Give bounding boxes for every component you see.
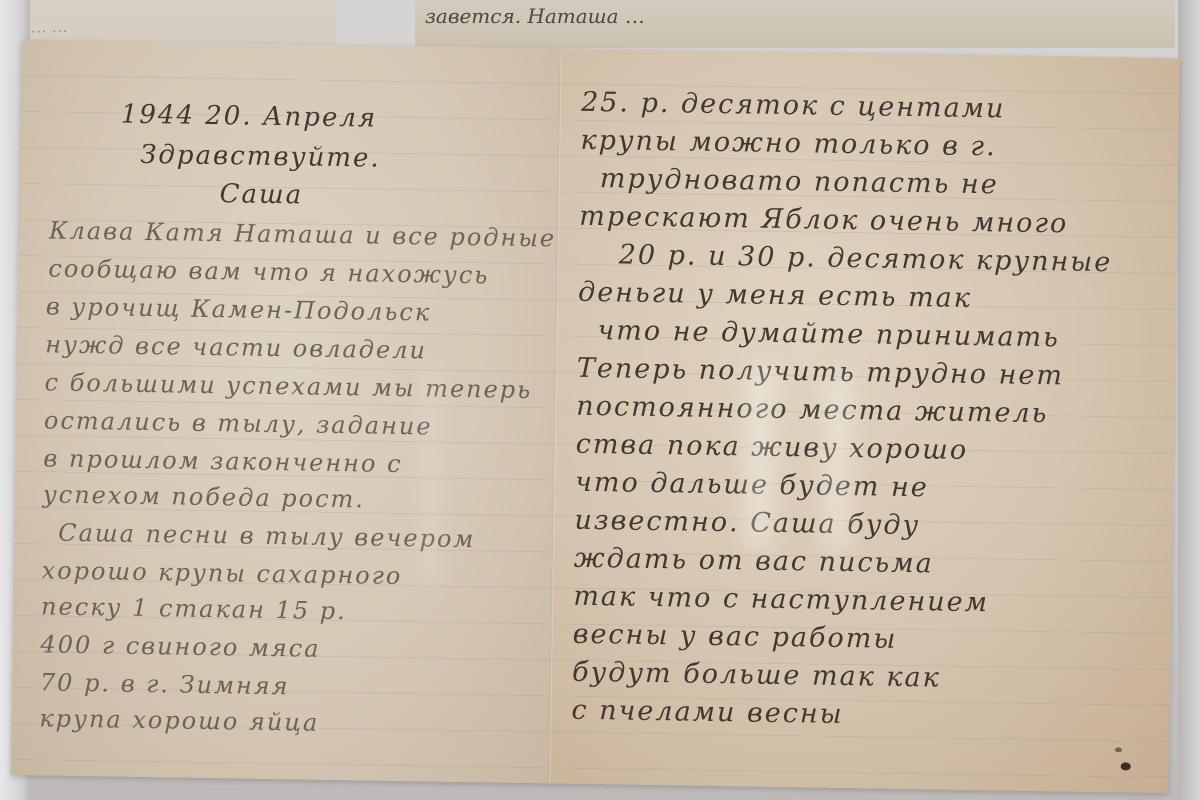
letter-line: нужд все части овладели <box>45 330 427 364</box>
letter-line: с пчелами весны <box>571 695 844 730</box>
letter-line: 25. р. десяток с центами <box>581 87 1006 125</box>
letter-line: 70 р. в г. Зимняя <box>40 668 290 700</box>
letter-line: 400 г свиного мяса <box>40 630 320 662</box>
glass-reflection <box>824 373 851 553</box>
letter-line: Саша песни в тылу вечером <box>58 519 475 554</box>
letter-line: будут больше так как <box>572 657 941 694</box>
letter-left-page: 1944 20. Апреля Здравствуйте. Саша Клава… <box>10 40 561 783</box>
letter-line: деньги у меня есть так <box>578 277 972 314</box>
letter-line: Клава Катя Наташа и все родные <box>49 216 557 252</box>
handwritten-letter: 1944 20. Апреля Здравствуйте. Саша Клава… <box>10 40 1179 793</box>
letter-line: с большими успехами мы теперь <box>44 368 532 404</box>
letter-line: в урочищ Камен-Подольск <box>46 292 432 326</box>
letter-line: что не думайте принимать <box>597 315 1060 353</box>
letter-line: трудновато попасть не <box>600 163 999 200</box>
letter-line: в прошлом законченно с <box>43 444 403 478</box>
letter-line: крупы можно только в г. <box>580 125 997 163</box>
letter-addressee: Саша <box>219 179 303 210</box>
ink-stain <box>1115 747 1122 752</box>
letter-date: 1944 20. Апреля <box>121 100 378 134</box>
background-letter-right: завется. Наташа … <box>415 0 1175 48</box>
letter-line: так что с наступлением <box>573 581 989 619</box>
letter-line: постоянного места житель <box>576 391 1049 429</box>
letter-line: песку 1 стакан 15 р. <box>41 592 347 625</box>
background-letter-left-text: … … <box>30 17 67 37</box>
ink-stain <box>1121 762 1131 770</box>
letter-line: весны у вас работы <box>572 619 897 655</box>
background-letter-right-text: завется. Наташа … <box>425 4 645 28</box>
glass-reflection <box>744 361 775 551</box>
letter-line: успехом победа рост. <box>43 480 365 513</box>
letter-line: остались в тылу, задание <box>44 406 433 440</box>
letter-right-page: 25. р. десяток с центами крупы можно тол… <box>550 48 1179 793</box>
letter-line: крупа хорошо яйца <box>39 704 319 736</box>
letter-line: Теперь получить трудно нет <box>577 353 1065 392</box>
letter-line: хорошо крупы сахарного <box>41 556 402 590</box>
letter-line: 20 р. и 30 р. десяток крупные <box>618 239 1112 278</box>
letter-line: сообщаю вам что я нахожусь <box>48 254 489 289</box>
letter-greeting: Здравствуйте. <box>140 140 381 174</box>
glass-frame-edge-right <box>1178 0 1200 800</box>
letter-line: трескают Яблок очень много <box>579 201 1068 240</box>
